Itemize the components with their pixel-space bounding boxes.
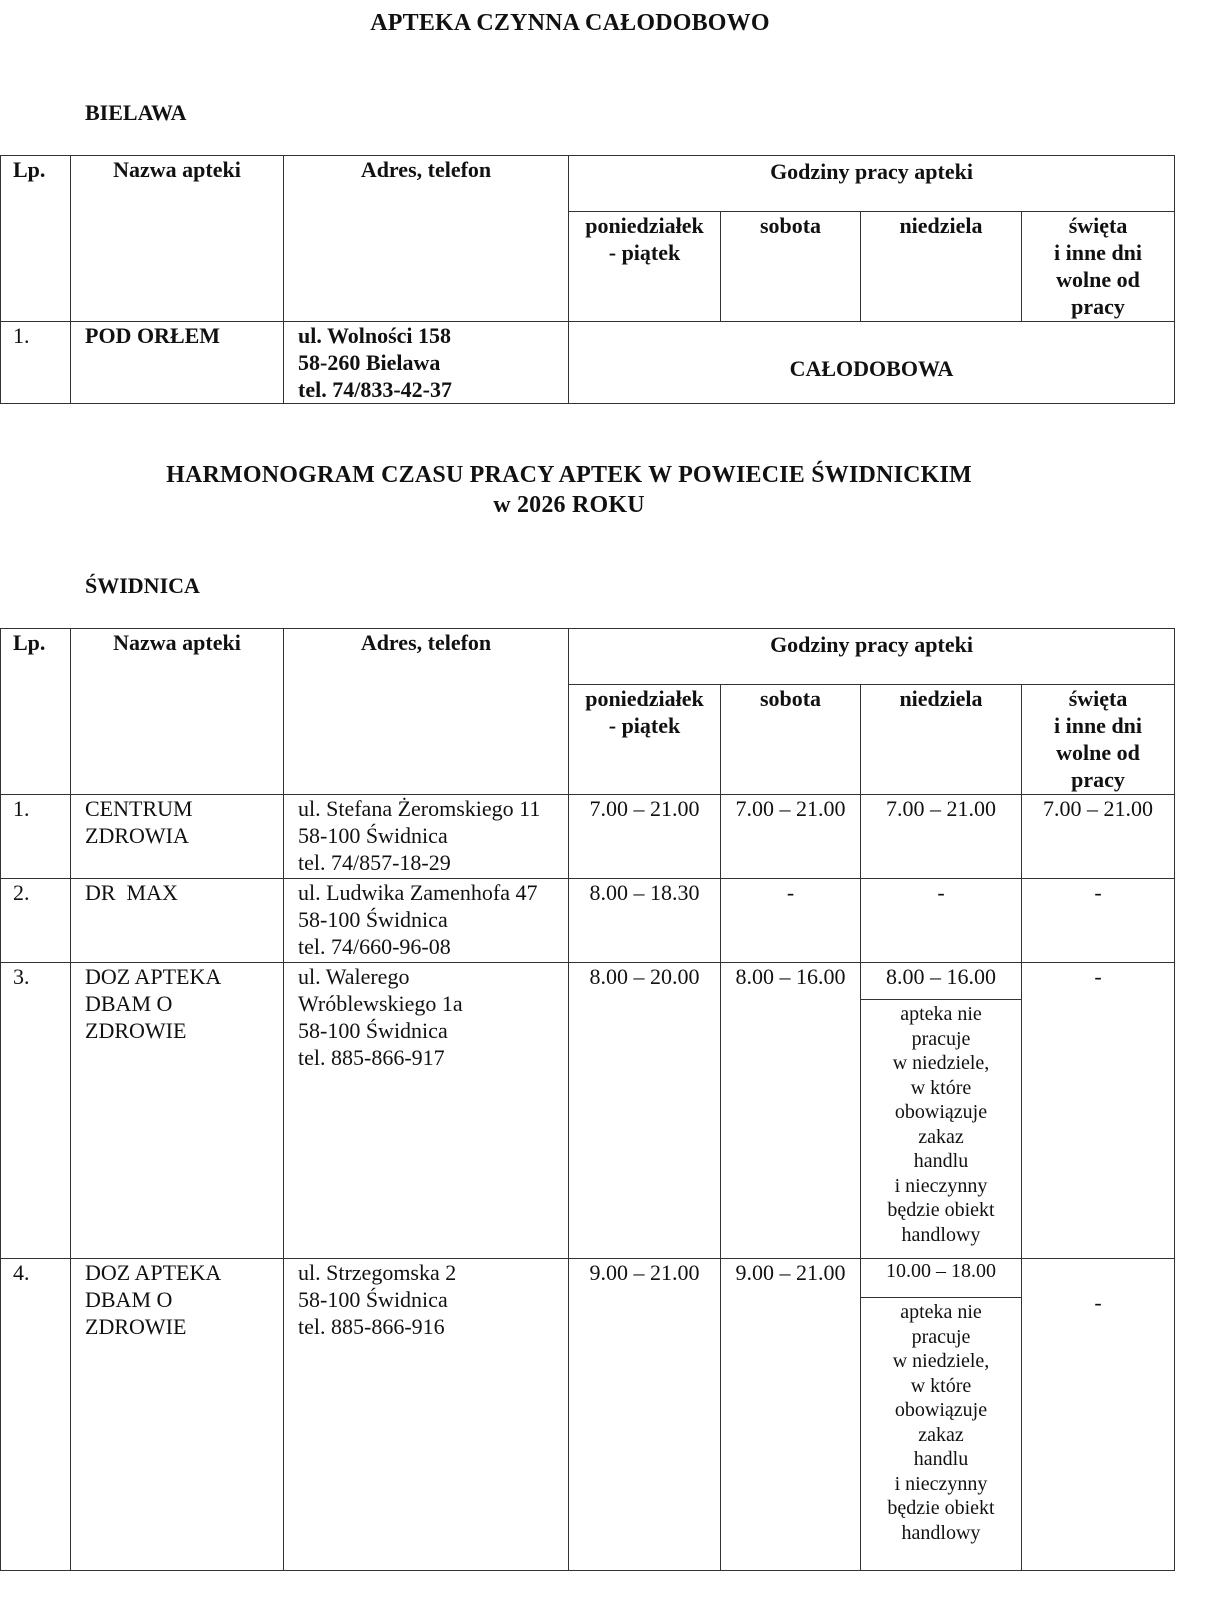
sunday-hours: 10.00 – 18.00 [861, 1259, 1021, 1298]
pharmacy-address: ul. Wolności 15858-260 Bielawatel. 74/83… [284, 322, 569, 404]
hours-weekdays: 9.00 – 21.00 [569, 1259, 721, 1571]
column-header-hours: Godziny pracy apteki [569, 156, 1175, 212]
hours-sunday: - [861, 879, 1022, 963]
hours-saturday: - [721, 879, 861, 963]
hours-saturday: 8.00 – 16.00 [721, 963, 861, 1259]
section-heading-bielawa: BIELAWA [85, 100, 186, 126]
hours-saturday: 9.00 – 21.00 [721, 1259, 861, 1571]
swidnica-pharmacy-table: Lp. Nazwa apteki Adres, telefon Godziny … [0, 628, 1175, 1571]
row-lp: 2. [1, 879, 71, 963]
pharmacy-address: ul. Strzegomska 258-100 Świdnicatel. 885… [284, 1259, 569, 1571]
column-header-lp: Lp. [1, 629, 71, 795]
pharmacy-name: POD ORŁEM [71, 322, 284, 404]
hours-sunday: 8.00 – 16.00 apteka niepracujew niedziel… [861, 963, 1022, 1259]
hours-saturday: 7.00 – 21.00 [721, 795, 861, 879]
sunday-trading-ban-note: apteka niepracujew niedziele,w któreobow… [861, 1000, 1021, 1247]
column-header-holidays: świętai inne dniwolne odpracy [1022, 685, 1175, 795]
column-header-saturday: sobota [721, 212, 861, 322]
column-header-holidays: świętai inne dniwolne odpracy [1022, 212, 1175, 322]
page-title: APTEKA CZYNNA CAŁODOBOWO [0, 10, 1140, 37]
column-header-sunday: niedziela [861, 685, 1022, 795]
hours-weekdays: 8.00 – 20.00 [569, 963, 721, 1259]
table-row: 1. POD ORŁEM ul. Wolności 15858-260 Biel… [1, 322, 1175, 404]
column-header-weekdays: poniedziałek- piątek [569, 212, 721, 322]
hours-weekdays: 8.00 – 18.30 [569, 879, 721, 963]
sunday-hours: 8.00 – 16.00 [861, 963, 1021, 1000]
section-heading-swidnica: ŚWIDNICA [85, 573, 200, 599]
hours-holidays: - [1022, 879, 1175, 963]
pharmacy-address: ul. Ludwika Zamenhofa 4758-100 Świdnicat… [284, 879, 569, 963]
column-header-name: Nazwa apteki [71, 629, 284, 795]
row-lp: 1. [1, 322, 71, 404]
column-header-weekdays: poniedziałek- piątek [569, 685, 721, 795]
hours-sunday: 10.00 – 18.00 apteka niepracujew niedzie… [861, 1259, 1022, 1571]
hours-sunday: 7.00 – 21.00 [861, 795, 1022, 879]
pharmacy-address: ul. Stefana Żeromskiego 1158-100 Świdnic… [284, 795, 569, 879]
bielawa-pharmacy-table: Lp. Nazwa apteki Adres, telefon Godziny … [0, 155, 1175, 404]
hours-holidays: - [1022, 963, 1175, 1259]
table-row: 1. CENTRUMZDROWIA ul. Stefana Żeromskieg… [1, 795, 1175, 879]
column-header-address: Adres, telefon [284, 156, 569, 322]
column-header-name: Nazwa apteki [71, 156, 284, 322]
column-header-sunday: niedziela [861, 212, 1022, 322]
table-row: 4. DOZ APTEKADBAM OZDROWIE ul. Strzegoms… [1, 1259, 1175, 1571]
table-row: 3. DOZ APTEKADBAM OZDROWIE ul. WaleregoW… [1, 963, 1175, 1259]
pharmacy-name: CENTRUMZDROWIA [71, 795, 284, 879]
column-header-lp: Lp. [1, 156, 71, 322]
pharmacy-address: ul. WaleregoWróblewskiego 1a58-100 Świdn… [284, 963, 569, 1259]
row-lp: 4. [1, 1259, 71, 1571]
hours-all-day: CAŁODOBOWA [569, 322, 1175, 404]
pharmacy-name: DOZ APTEKADBAM OZDROWIE [71, 1259, 284, 1571]
sunday-trading-ban-note: apteka niepracujew niedziele,w któreobow… [861, 1298, 1021, 1545]
pharmacy-name: DOZ APTEKADBAM OZDROWIE [71, 963, 284, 1259]
column-header-saturday: sobota [721, 685, 861, 795]
table-row: 2. DR MAX ul. Ludwika Zamenhofa 4758-100… [1, 879, 1175, 963]
column-header-hours: Godziny pracy apteki [569, 629, 1175, 685]
pharmacy-name: DR MAX [71, 879, 284, 963]
row-lp: 1. [1, 795, 71, 879]
hours-holidays: - [1022, 1259, 1175, 1571]
schedule-title: HARMONOGRAM CZASU PRACY APTEK W POWIECIE… [0, 460, 1138, 520]
column-header-address: Adres, telefon [284, 629, 569, 795]
hours-holidays: 7.00 – 21.00 [1022, 795, 1175, 879]
hours-weekdays: 7.00 – 21.00 [569, 795, 721, 879]
row-lp: 3. [1, 963, 71, 1259]
